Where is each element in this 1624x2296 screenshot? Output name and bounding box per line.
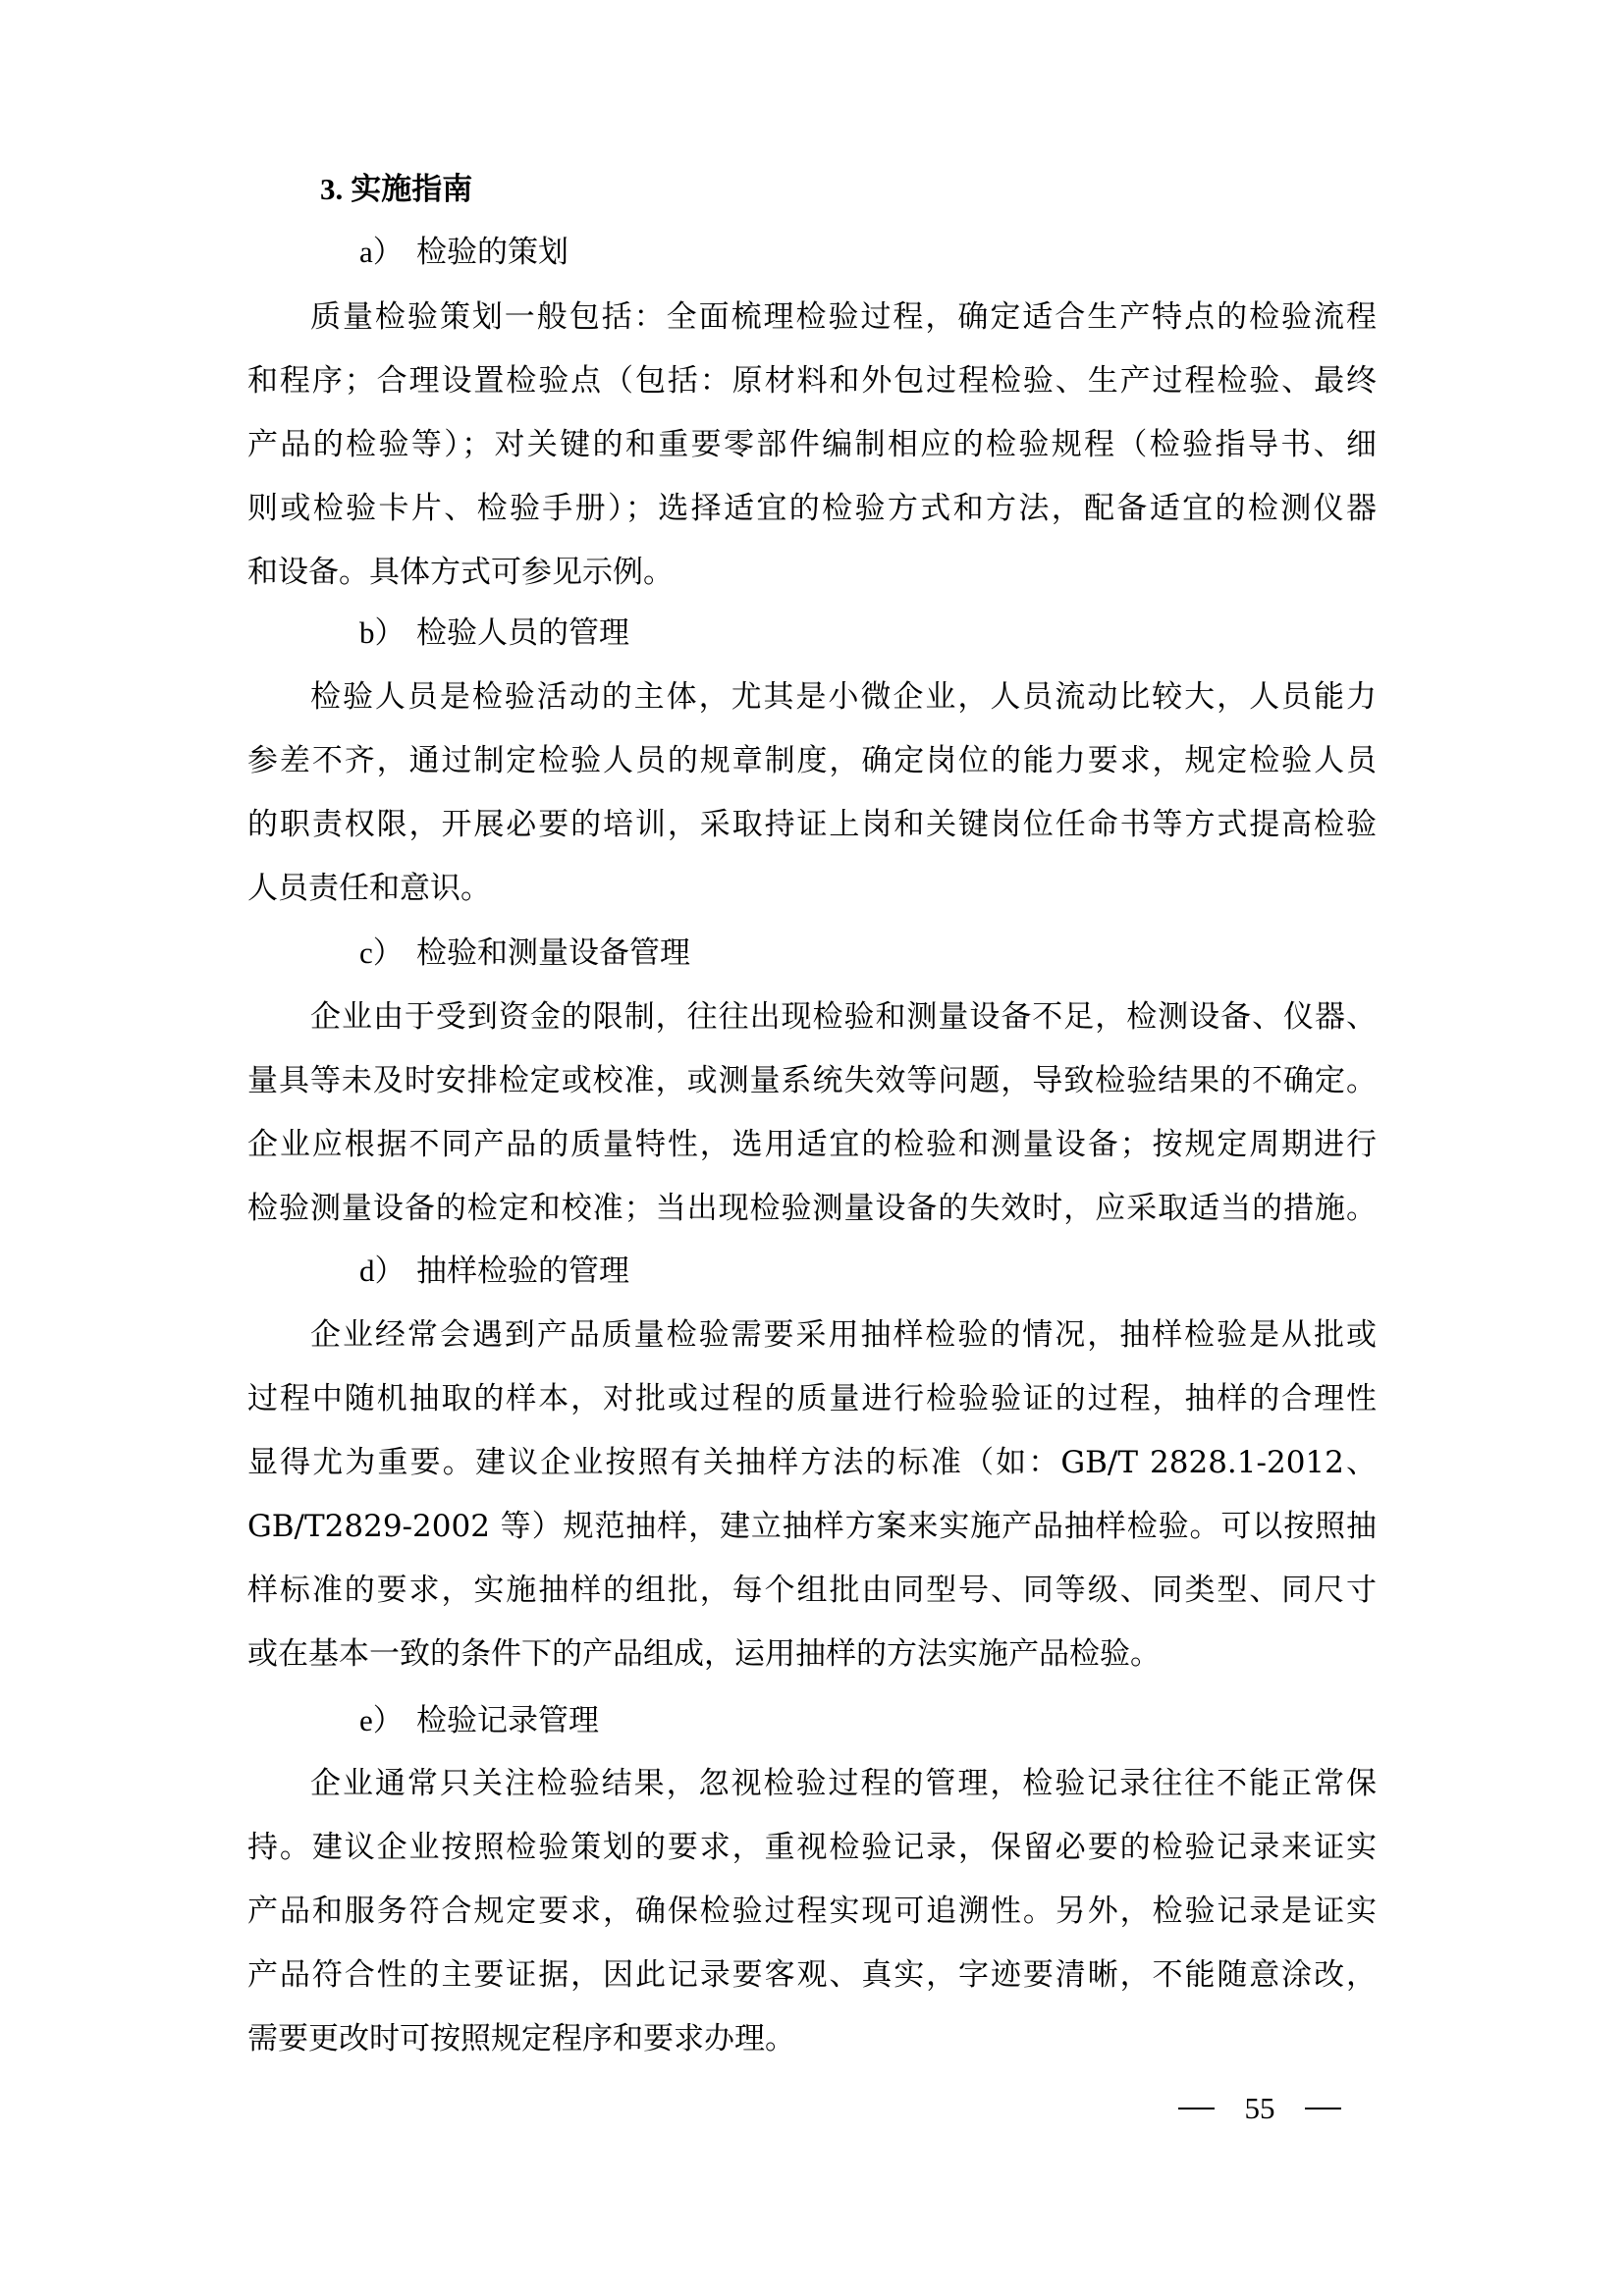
paragraph-line: 持。建议企业按照检验策划的要求，重视检验记录，保留必要的检验记录来证实 — [247, 1828, 1377, 1867]
paragraph-line: 和设备。具体方式可参见示例。 — [247, 553, 674, 592]
paragraph-line: 产品和服务符合规定要求，确保检验过程实现可追溯性。另外，检验记录是证实 — [247, 1892, 1377, 1931]
subsection-marker: d） — [359, 1252, 416, 1291]
paragraph-line: 企业通常只关注检验结果，忽视检验过程的管理，检验记录往往不能正常保 — [310, 1764, 1377, 1803]
subsection-marker: a） — [359, 233, 416, 272]
paragraph-line: 和程序；合理设置检验点（包括：原材料和外包过程检验、生产过程检验、最终 — [247, 361, 1377, 400]
page-number-value: 55 — [1245, 2089, 1275, 2128]
subsection-marker: c） — [359, 934, 416, 973]
paragraph-line: 参差不齐，通过制定检验人员的规章制度，确定岗位的能力要求，规定检验人员 — [247, 741, 1377, 780]
paragraph-line: GB/T2829-2002 等）规范抽样，建立抽样方案来实施产品抽样检验。可以按… — [247, 1507, 1377, 1546]
dash-left — [1178, 2108, 1215, 2109]
paragraph-line: 样标准的要求，实施抽样的组批，每个组批由同型号、同等级、同类型、同尺寸 — [247, 1571, 1377, 1610]
paragraph-line: 需要更改时可按照规定程序和要求办理。 — [247, 2019, 795, 2058]
paragraph-line: 检验人员是检验活动的主体，尤其是小微企业，人员流动比较大，人员能力 — [310, 677, 1377, 717]
subsection-marker: b） — [359, 614, 416, 653]
subsection-a-heading: a）检验的策划 — [359, 233, 568, 272]
subsection-marker: e） — [359, 1701, 416, 1740]
subsection-b-heading: b）检验人员的管理 — [359, 614, 629, 653]
paragraph-line: 显得尤为重要。建议企业按照有关抽样方法的标准（如：GB/T 2828.1-201… — [247, 1443, 1377, 1482]
page-number: 55 — [1178, 2089, 1341, 2128]
dash-right — [1305, 2108, 1341, 2109]
section-heading: 3.实施指南 — [320, 170, 472, 209]
paragraph-line: 或在基本一致的条件下的产品组成，运用抽样的方法实施产品检验。 — [247, 1634, 1161, 1674]
subsection-title: 检验和测量设备管理 — [416, 935, 690, 971]
paragraph-line: 企业应根据不同产品的质量特性，选用适宜的检验和测量设备；按规定周期进行 — [247, 1125, 1377, 1164]
subsection-d-heading: d）抽样检验的管理 — [359, 1252, 629, 1291]
subsection-c-heading: c）检验和测量设备管理 — [359, 934, 690, 973]
section-number: 3. — [320, 172, 343, 206]
subsection-title: 检验人员的管理 — [416, 615, 629, 651]
paragraph-line: 产品符合性的主要证据，因此记录要客观、真实，字迹要清晰，不能随意涂改， — [247, 1955, 1377, 1995]
paragraph-line: 过程中随机抽取的样本，对批或过程的质量进行检验验证的过程，抽样的合理性 — [247, 1379, 1377, 1418]
paragraph-line: 企业由于受到资金的限制，往往出现检验和测量设备不足，检测设备、仪器、 — [310, 997, 1377, 1037]
subsection-title: 检验记录管理 — [416, 1703, 599, 1738]
section-title: 实施指南 — [351, 172, 472, 207]
document-page: 3.实施指南 a）检验的策划 质量检验策划一般包括：全面梳理检验过程，确定适合生… — [0, 0, 1624, 2296]
paragraph-line: 的职责权限，开展必要的培训，采取持证上岗和关键岗位任命书等方式提高检验 — [247, 805, 1377, 844]
paragraph-line: 产品的检验等）；对关键的和重要零部件编制相应的检验规程（检验指导书、细 — [247, 425, 1377, 464]
subsection-e-heading: e）检验记录管理 — [359, 1701, 599, 1740]
paragraph-line: 检验测量设备的检定和校准；当出现检验测量设备的失效时，应采取适当的措施。 — [247, 1189, 1377, 1228]
paragraph-line: 人员责任和意识。 — [247, 869, 491, 908]
paragraph-line: 企业经常会遇到产品质量检验需要采用抽样检验的情况，抽样检验是从批或 — [310, 1315, 1377, 1355]
paragraph-line: 质量检验策划一般包括：全面梳理检验过程，确定适合生产特点的检验流程 — [310, 297, 1377, 337]
paragraph-line: 量具等未及时安排检定或校准，或测量系统失效等问题，导致检验结果的不确定。 — [247, 1061, 1377, 1100]
subsection-title: 检验的策划 — [416, 235, 568, 270]
subsection-title: 抽样检验的管理 — [416, 1254, 629, 1289]
paragraph-line: 则或检验卡片、检验手册）；选择适宜的检验方式和方法，配备适宜的检测仪器 — [247, 489, 1377, 528]
